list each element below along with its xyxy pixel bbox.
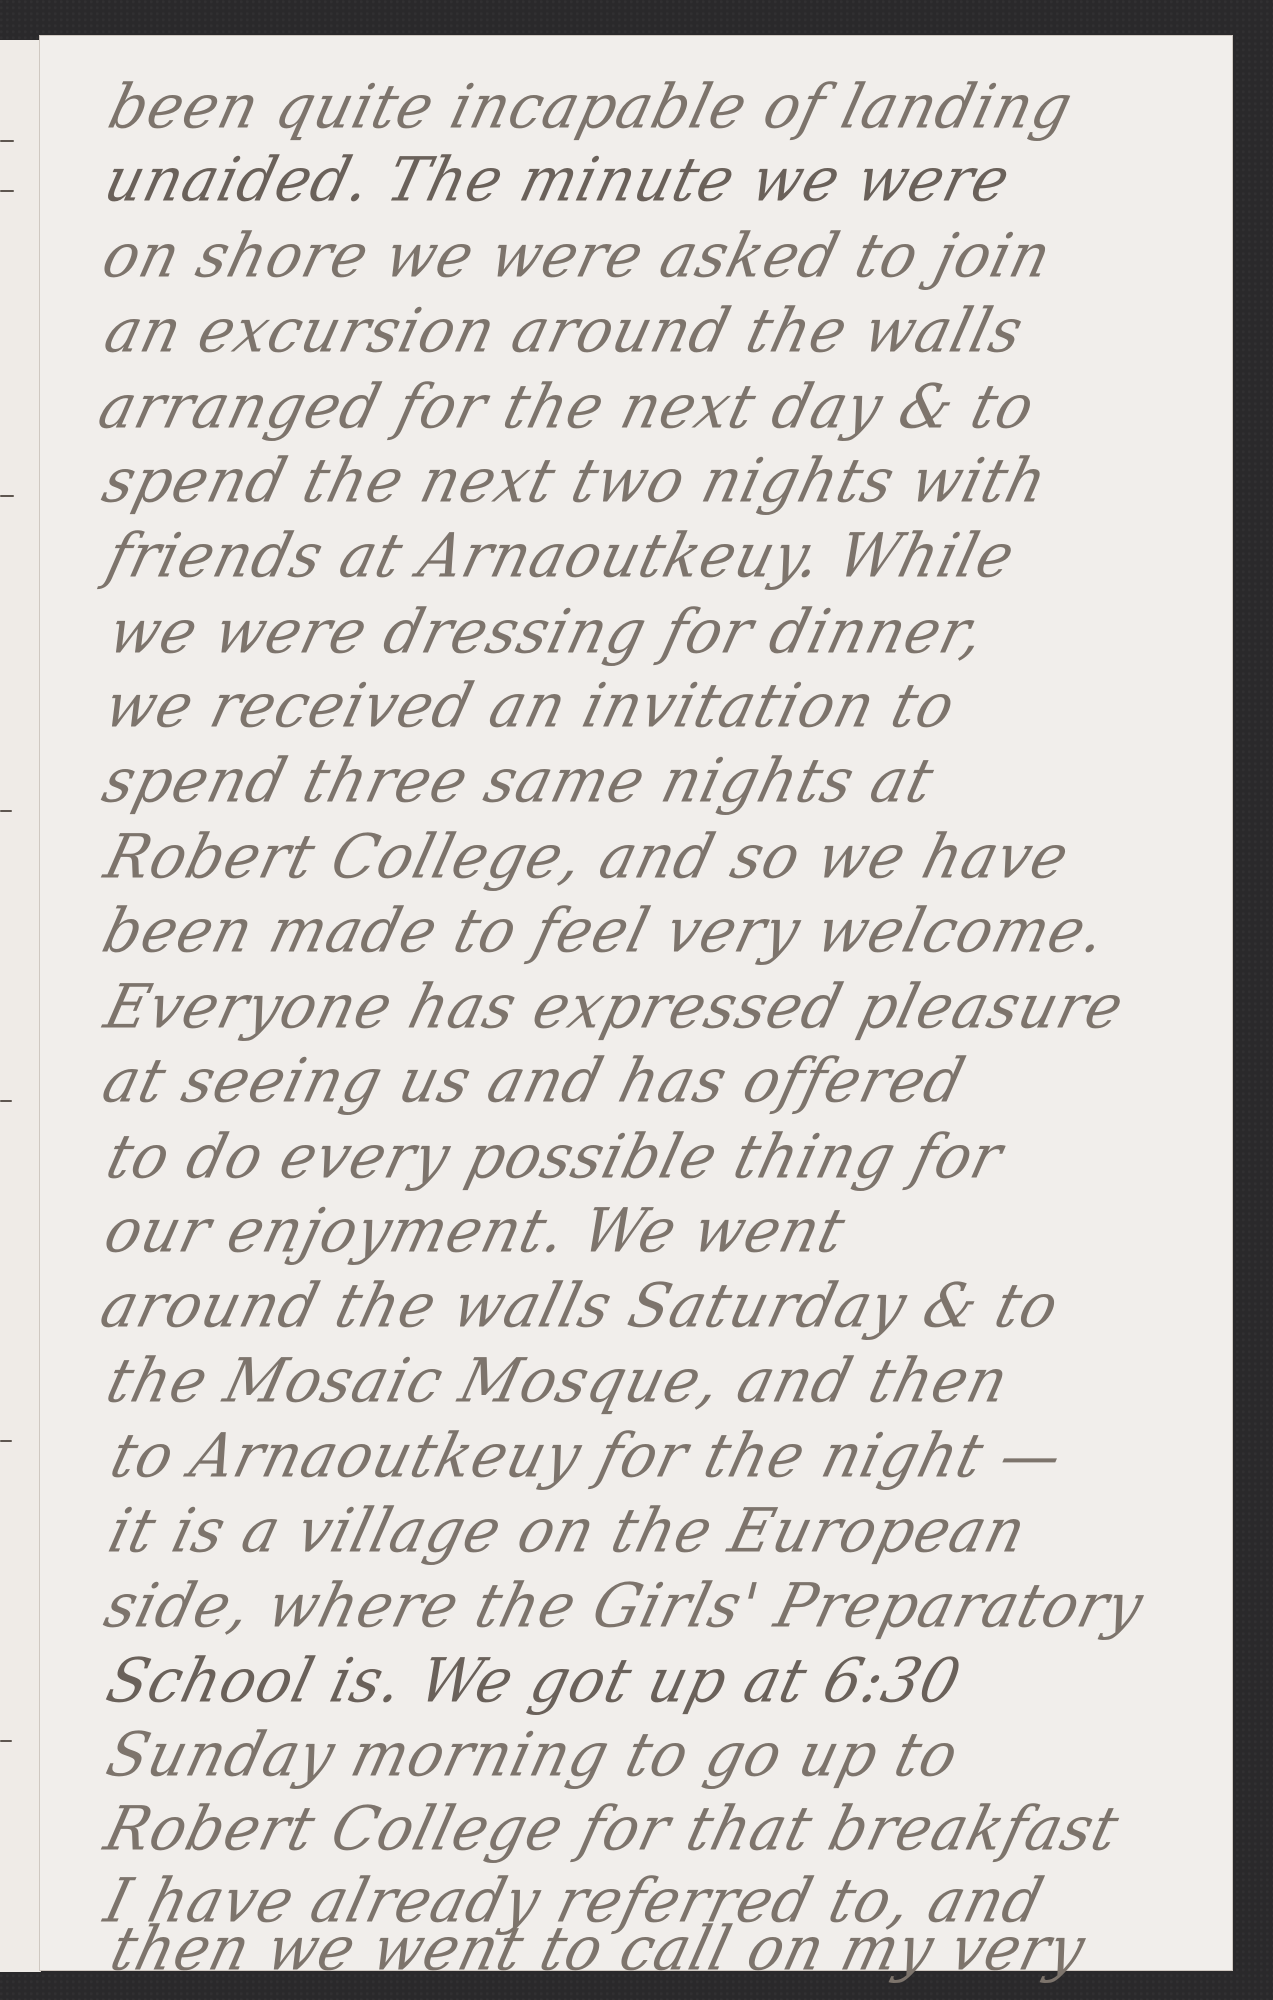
handwritten-line: been made to feel very welcome.: [96, 895, 1113, 966]
ink-mark: [0, 495, 14, 497]
ink-mark: [0, 1440, 12, 1442]
handwritten-line: Sunday morning to go up to: [100, 1719, 966, 1790]
handwritten-line: around the walls Saturday & to: [94, 1270, 1066, 1341]
handwritten-line: to do every possible thing for: [100, 1121, 1010, 1192]
handwritten-line: Everyone has expressed pleasure: [98, 971, 1131, 1042]
handwritten-line: on shore we were asked to join: [96, 220, 1059, 291]
letter-page: been quite incapable of landing unaided.…: [40, 36, 1232, 1970]
handwritten-line: unaided. The minute we were: [98, 144, 1018, 215]
handwritten-line: at seeing us and has offered: [96, 1045, 973, 1116]
handwritten-line: we were dressing for dinner,: [102, 596, 992, 667]
ink-mark: [0, 810, 12, 812]
handwritten-line: Robert College, and so we have: [98, 821, 1076, 892]
ink-mark: [0, 140, 14, 142]
handwritten-line: then we went to call on my very: [104, 1913, 1093, 1984]
handwritten-line: to Arnaoutkeuy for the night —: [104, 1420, 1070, 1491]
handwritten-line: it is a village on the European: [102, 1495, 1034, 1566]
handwritten-line: side, where the Girls' Preparatory: [98, 1570, 1151, 1641]
handwritten-line: the Mosaic Mosque, and then: [100, 1345, 1016, 1416]
handwritten-line: School is. We got up at 6:30: [100, 1645, 968, 1716]
ink-mark: [0, 1100, 12, 1102]
handwritten-line: an excursion around the walls: [98, 295, 1031, 366]
handwritten-line: we received an invitation to: [98, 670, 963, 741]
handwritten-line: spend the next two nights with: [96, 445, 1055, 516]
ink-mark: [0, 1740, 12, 1742]
handwritten-line: spend three same nights at: [96, 745, 941, 816]
previous-page-edge: [0, 40, 41, 1972]
handwritten-line: Robert College for that breakfast: [98, 1793, 1126, 1864]
handwritten-line: been quite incapable of landing: [102, 71, 1080, 142]
handwritten-line: arranged for the next day & to: [92, 371, 1042, 442]
handwritten-line: our enjoyment. We went: [98, 1195, 853, 1266]
handwritten-line: friends at Arnaoutkeuy. While: [100, 520, 1022, 591]
ink-mark: [0, 190, 14, 192]
